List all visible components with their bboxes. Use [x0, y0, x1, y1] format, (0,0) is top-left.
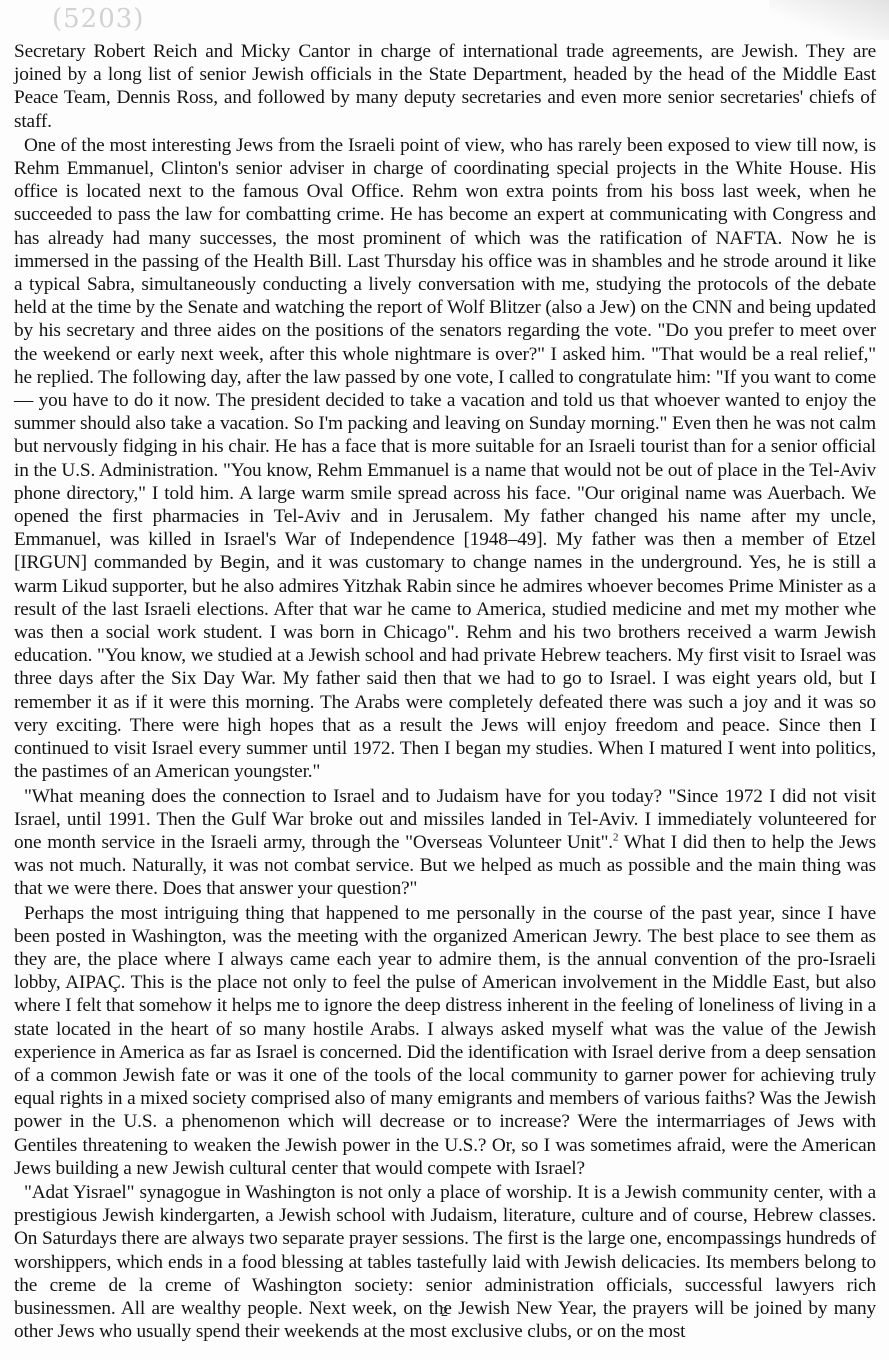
page-number: 2 — [0, 1305, 889, 1321]
scan-shadow — [769, 0, 889, 40]
paragraph-4: Perhaps the most intriguing thing that h… — [14, 902, 876, 1180]
paragraph-1: Secretary Robert Reich and Micky Cantor … — [14, 40, 876, 133]
document-page: (5203) Secretary Robert Reich and Micky … — [0, 0, 889, 1360]
handwritten-page-mark: (5203) — [52, 4, 144, 34]
paragraph-2: One of the most interesting Jews from th… — [14, 134, 876, 784]
body-text: Secretary Robert Reich and Micky Cantor … — [14, 40, 876, 1343]
paragraph-3: "What meaning does the connection to Isr… — [14, 785, 876, 901]
